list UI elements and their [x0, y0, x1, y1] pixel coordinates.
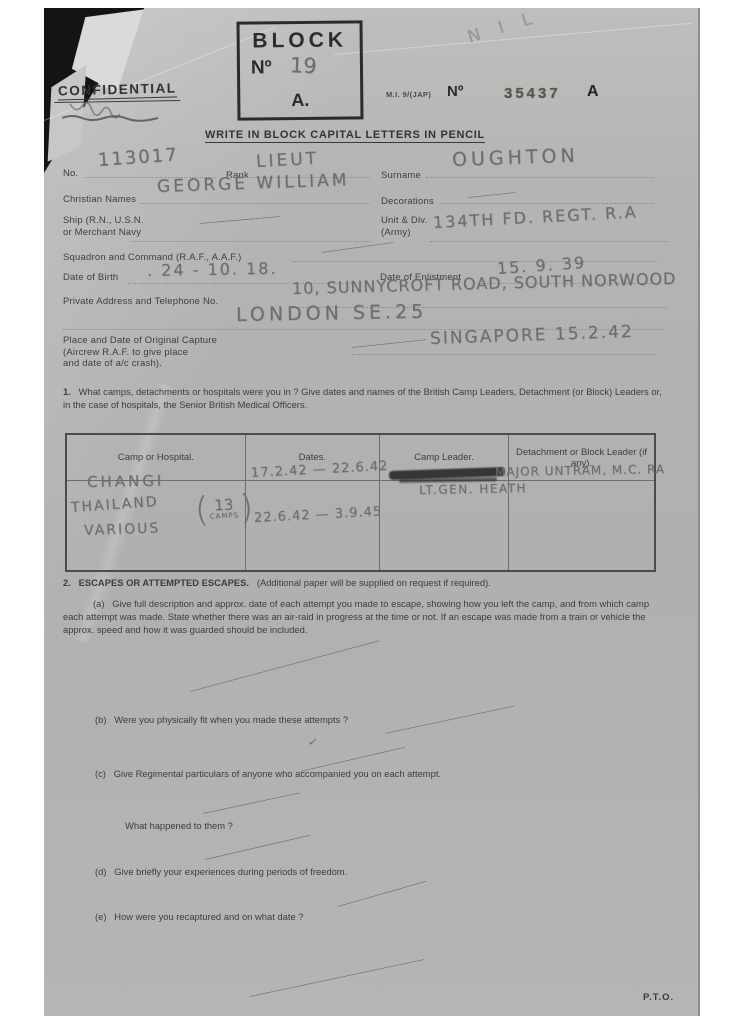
field-dob-label: Date of Birth — [63, 272, 118, 283]
question-2-number: 2. — [63, 577, 71, 588]
question-2a-label: (a) — [93, 598, 104, 609]
serial-number: 35437 — [504, 85, 561, 102]
pencil-tick-mark: ✓ — [307, 734, 319, 749]
question-2c-label: (c) — [95, 768, 106, 779]
field-unit-label: Unit & Div. (Army) — [381, 215, 427, 238]
field-address-label: Private Address and Telephone No. — [63, 296, 218, 307]
scanned-pow-questionnaire: CONFIDENTIAL BLOCK Nº 19 A. M.I. 9/(JAP)… — [0, 0, 739, 1024]
question-2b-label: (b) — [95, 714, 106, 725]
field-no-label: No. — [63, 168, 78, 179]
question-2d-text: Give briefly your experiences during per… — [114, 866, 347, 877]
question-2a: (a) Give full description and approx. da… — [63, 598, 667, 637]
field-decorations-label: Decorations — [381, 196, 434, 207]
question-2-title: ESCAPES OR ATTEMPTED ESCAPES. — [79, 577, 249, 588]
field-dob-value: . 24 - 10. 18. — [147, 259, 278, 280]
question-1: 1. What camps, detachments or hospitals … — [63, 386, 662, 412]
serial-suffix: A — [587, 83, 599, 101]
question-2b-text: Were you physically fit when you made th… — [114, 714, 348, 725]
pto-label: P.T.O. — [643, 992, 674, 1003]
dotted-rule — [430, 241, 668, 242]
camp-leader-entry: LT.GEN. HEATH — [419, 481, 527, 497]
dotted-rule — [141, 203, 370, 204]
pencil-squiggle — [62, 98, 162, 124]
form-heading: WRITE IN BLOCK CAPITAL LETTERS IN PENCIL — [205, 129, 485, 143]
question-2-note: (Additional paper will be supplied on re… — [257, 577, 491, 588]
question-2e-text: How were you recaptured and on what date… — [114, 911, 303, 922]
question-2b: (b) Were you physically fit when you mad… — [95, 714, 655, 727]
question-2d: (d) Give briefly your experiences during… — [95, 866, 655, 879]
camps-table: Camp or Hospital. Dates. Camp Leader. De… — [65, 433, 656, 572]
block-stamp-letter: A. — [240, 89, 360, 111]
question-2e: (e) How were you recaptured and on what … — [95, 911, 655, 924]
dotted-rule — [352, 354, 658, 355]
question-2a-text: Give full description and approx. date o… — [63, 598, 649, 635]
question-1-number: 1. — [63, 386, 71, 397]
field-ship-label: Ship (R.N., U.S.N. or Merchant Navy — [63, 215, 144, 238]
camp-entry-1: CHANGI — [87, 472, 165, 491]
dotted-rule — [292, 261, 658, 262]
camps-count-note: ( 13 CAMPS ) — [194, 491, 254, 528]
block-number-stamp: BLOCK Nº 19 A. — [236, 20, 363, 120]
serial-no-label: Nº — [447, 83, 463, 100]
dotted-rule — [426, 177, 654, 178]
field-rank-value: LIEUT — [255, 149, 319, 172]
question-2c-text: Give Regimental particulars of anyone wh… — [114, 768, 441, 779]
field-surname-value: OUGHTON — [452, 145, 579, 171]
serial-org-label: M.I. 9/(JAP) — [386, 90, 431, 99]
camp-entry-3: VARIOUS — [84, 520, 161, 539]
question-2-heading: 2. ESCAPES OR ATTEMPTED ESCAPES. (Additi… — [63, 577, 667, 590]
field-surname-label: Surname — [381, 170, 421, 181]
question-2c: (c) Give Regimental particulars of anyon… — [95, 768, 655, 781]
question-2c-followup: What happened to them ? — [125, 820, 525, 833]
question-2d-label: (d) — [95, 866, 106, 877]
dotted-rule — [131, 241, 370, 242]
detachment-leader-entry: MAJOR UNTRAM, M.C. RA — [495, 462, 665, 479]
field-capture-label: Place and Date of Original Capture (Airc… — [63, 335, 217, 370]
field-address-line2: LONDON SE.25 — [236, 301, 428, 326]
question-2e-label: (e) — [95, 911, 106, 922]
block-stamp-title: BLOCK — [240, 28, 360, 53]
field-christian-names-label: Christian Names — [63, 194, 136, 205]
question-1-text: What camps, detachments or hospitals wer… — [63, 386, 662, 410]
block-stamp-no-label: Nº — [251, 57, 272, 79]
block-number-handwritten: 19 — [289, 53, 317, 78]
camps-count-caption: CAMPS — [209, 512, 239, 521]
